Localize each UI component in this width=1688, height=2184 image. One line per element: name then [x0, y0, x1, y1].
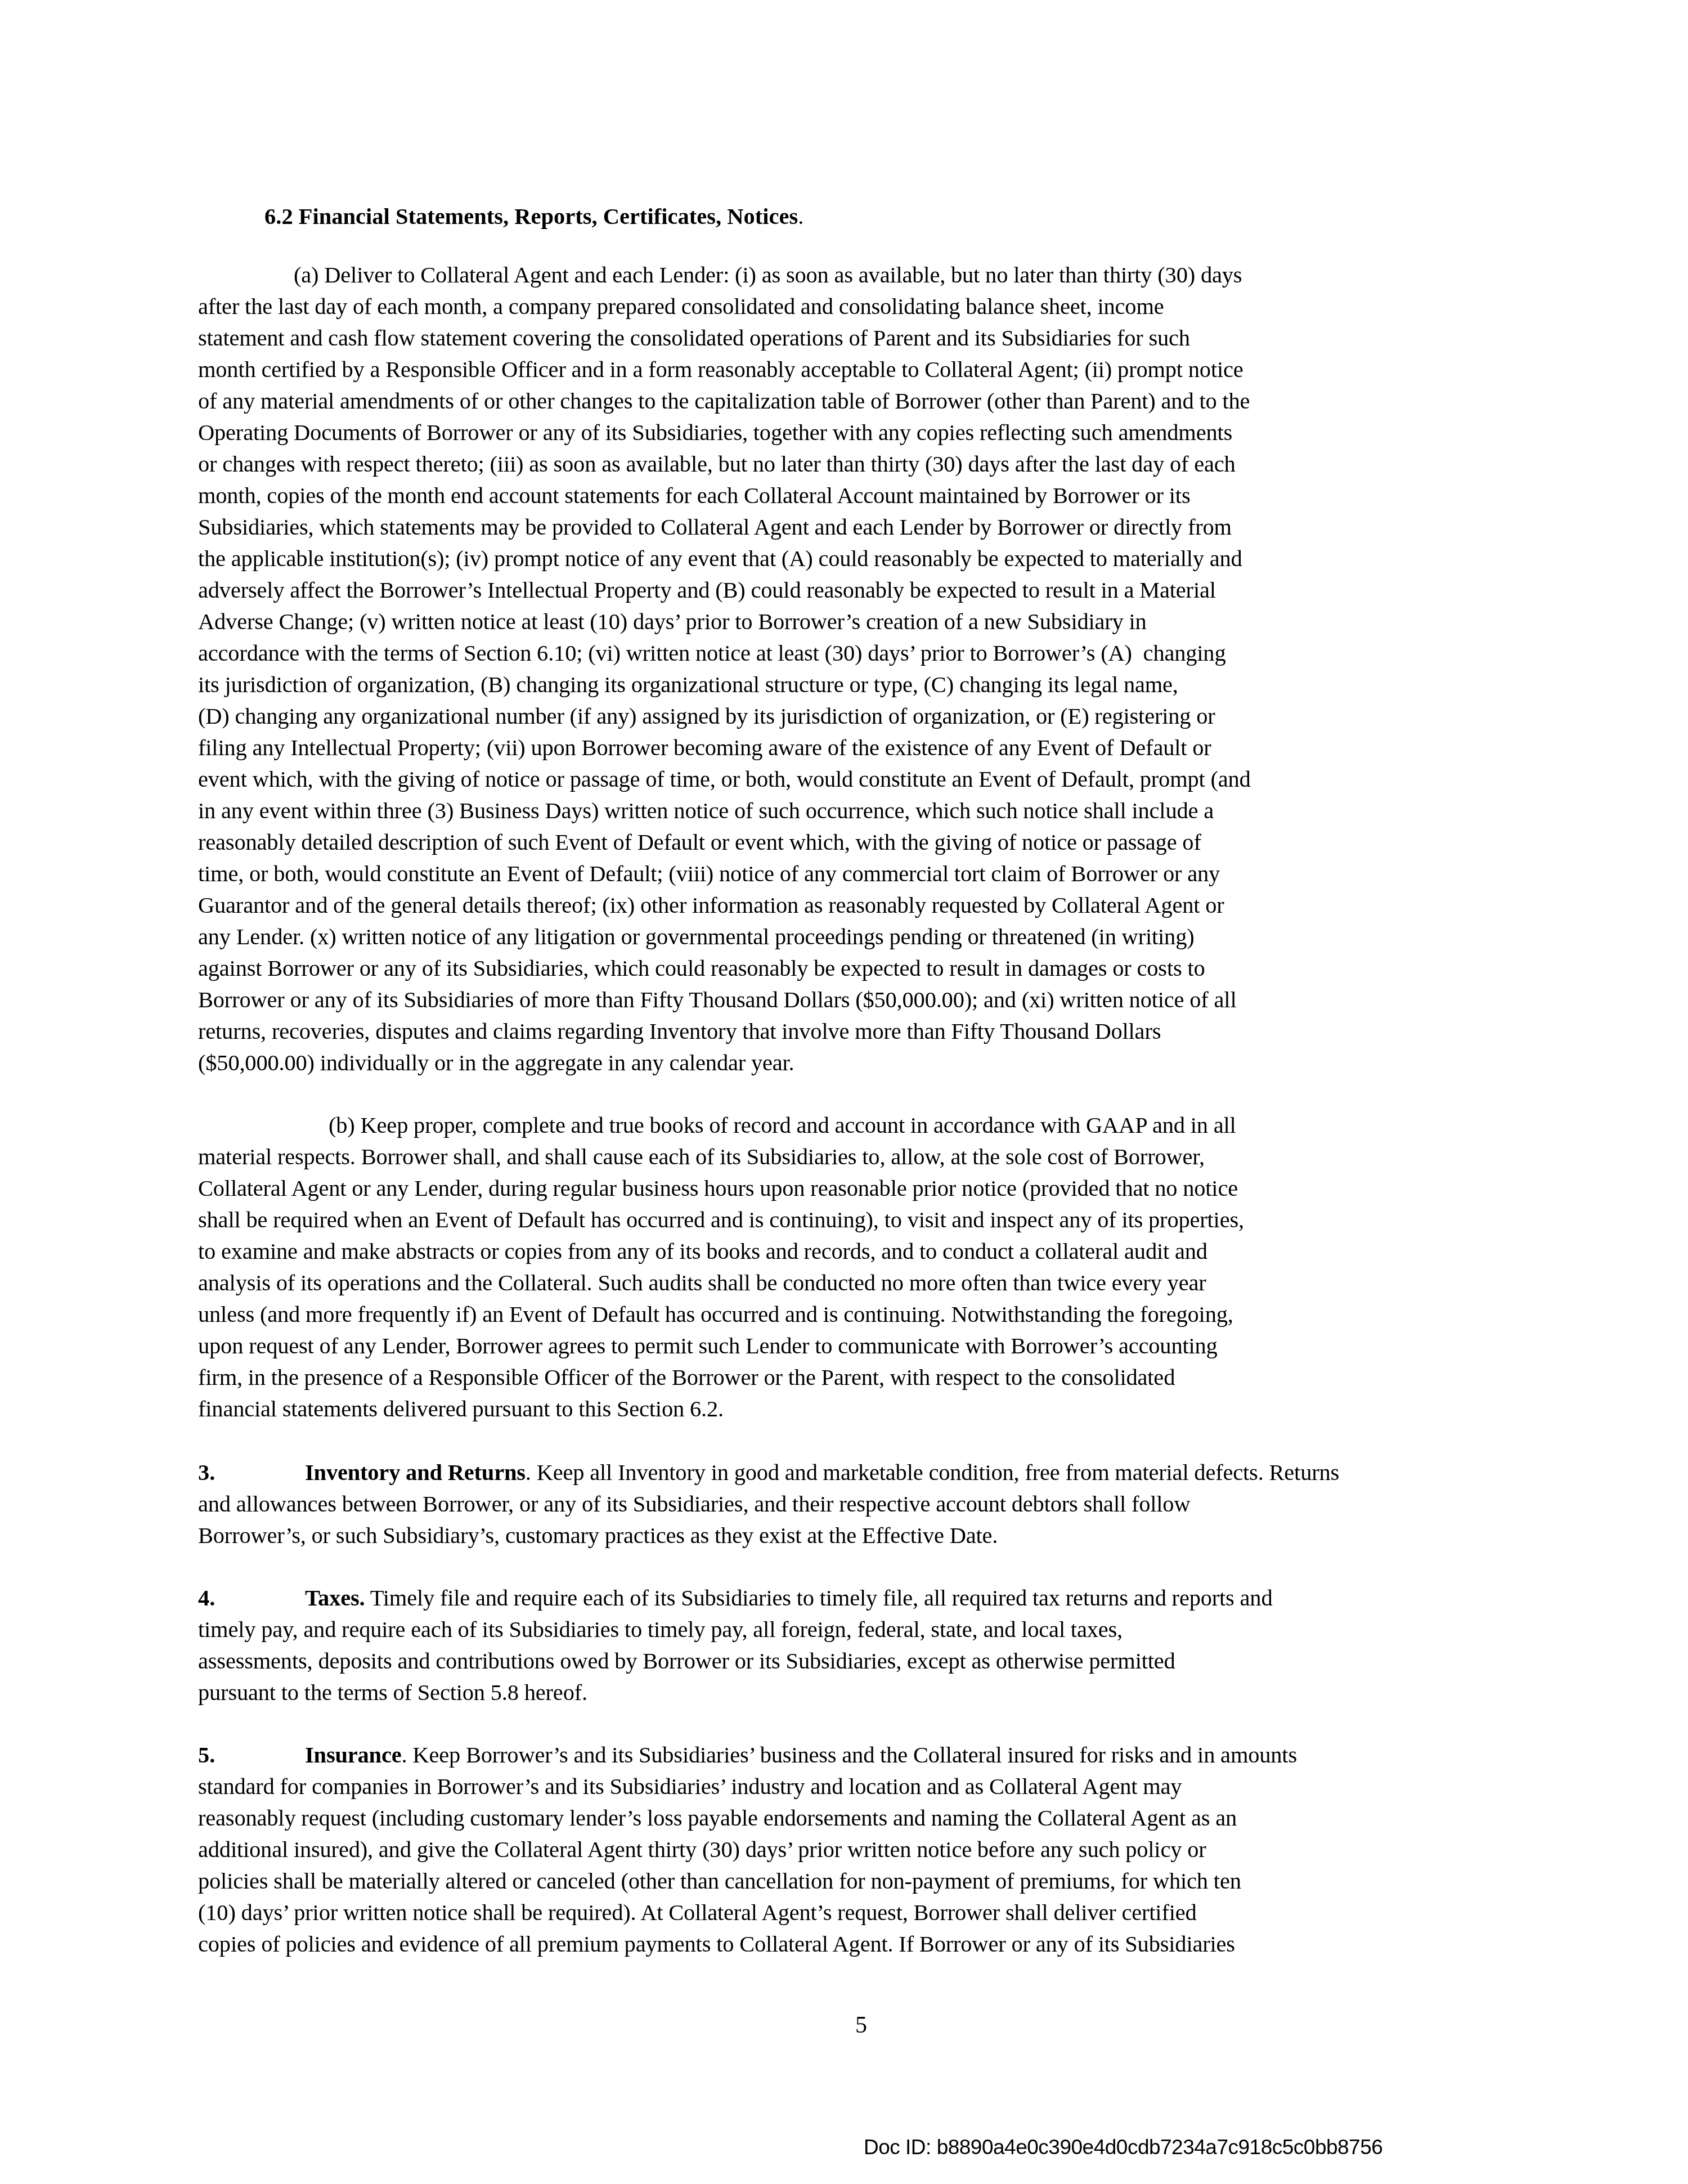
- text-line: against Borrower or any of its Subsidiar…: [198, 953, 1205, 984]
- text-line: shall be required when an Event of Defau…: [198, 1204, 1244, 1236]
- text-line: (D) changing any organizational number (…: [198, 701, 1215, 732]
- text-line: timely pay, and require each of its Subs…: [198, 1614, 1123, 1645]
- text-line: standard for companies in Borrower’s and…: [198, 1771, 1182, 1802]
- text-line: Inventory and Returns. Keep all Inventor…: [305, 1457, 1339, 1488]
- text-line: returns, recoveries, disputes and claims…: [198, 1016, 1161, 1047]
- text-line: Adverse Change; (v) written notice at le…: [198, 606, 1147, 638]
- text-line: (b) Keep proper, complete and true books…: [329, 1110, 1236, 1141]
- text-span: . Keep Borrower’s and its Subsidiaries’ …: [401, 1742, 1296, 1768]
- text-line: firm, in the presence of a Responsible O…: [198, 1362, 1175, 1393]
- text-line: unless (and more frequently if) an Event…: [198, 1299, 1233, 1330]
- text-line: copies of policies and evidence of all p…: [198, 1929, 1235, 1960]
- text-line: pursuant to the terms of Section 5.8 her…: [198, 1677, 587, 1708]
- text-line: adversely affect the Borrower’s Intellec…: [198, 575, 1216, 606]
- text-line: its jurisdiction of organization, (B) ch…: [198, 669, 1178, 701]
- text-span: Timely file and require each of its Subs…: [365, 1585, 1272, 1611]
- text-line: analysis of its operations and the Colla…: [198, 1267, 1206, 1299]
- text-line: Collateral Agent or any Lender, during r…: [198, 1173, 1238, 1204]
- section-number: 3.: [198, 1457, 215, 1488]
- section-number: 4.: [198, 1582, 215, 1614]
- text-line: material respects. Borrower shall, and s…: [198, 1141, 1205, 1173]
- text-line: time, or both, would constitute an Event…: [198, 858, 1220, 890]
- section-heading-6-2: 6.2 Financial Statements, Reports, Certi…: [264, 201, 803, 232]
- section-title: Taxes.: [305, 1585, 365, 1611]
- text-line: Subsidiaries, which statements may be pr…: [198, 512, 1232, 543]
- text-line: the applicable institution(s); (iv) prom…: [198, 543, 1242, 575]
- text-line: (a) Deliver to Collateral Agent and each…: [294, 259, 1242, 291]
- text-line: to examine and make abstracts or copies …: [198, 1236, 1207, 1267]
- text-line: Borrower or any of its Subsidiaries of m…: [198, 984, 1236, 1016]
- text-line: and allowances between Borrower, or any …: [198, 1488, 1190, 1520]
- text-line: ($50,000.00) individually or in the aggr…: [198, 1047, 794, 1079]
- text-line: reasonably request (including customary …: [198, 1802, 1237, 1834]
- text-line: Taxes. Timely file and require each of i…: [305, 1582, 1272, 1614]
- text-line: Borrower’s, or such Subsidiary’s, custom…: [198, 1520, 998, 1551]
- text-line: after the last day of each month, a comp…: [198, 291, 1164, 322]
- section-number: 5.: [198, 1739, 215, 1771]
- heading-period: .: [798, 204, 803, 229]
- text-line: event which, with the giving of notice o…: [198, 764, 1251, 795]
- text-line: accordance with the terms of Section 6.1…: [198, 638, 1225, 669]
- text-line: Guarantor and of the general details the…: [198, 890, 1224, 921]
- page-number: 5: [855, 2012, 867, 2039]
- text-line: or changes with respect thereto; (iii) a…: [198, 449, 1236, 480]
- text-line: financial statements delivered pursuant …: [198, 1393, 724, 1425]
- text-line: statement and cash flow statement coveri…: [198, 322, 1190, 354]
- section-title: Inventory and Returns: [305, 1460, 526, 1485]
- text-line: month certified by a Responsible Officer…: [198, 354, 1243, 385]
- text-line: reasonably detailed description of such …: [198, 827, 1201, 858]
- text-line: month, copies of the month end account s…: [198, 480, 1190, 512]
- text-line: upon request of any Lender, Borrower agr…: [198, 1330, 1218, 1362]
- text-line: policies shall be materially altered or …: [198, 1865, 1241, 1897]
- text-line: assessments, deposits and contributions …: [198, 1645, 1175, 1677]
- text-line: any Lender. (x) written notice of any li…: [198, 921, 1194, 953]
- text-line: of any material amendments of or other c…: [198, 385, 1250, 417]
- text-line: filing any Intellectual Property; (vii) …: [198, 732, 1211, 764]
- text-line: (10) days’ prior written notice shall be…: [198, 1897, 1197, 1929]
- document-page: 6.2 Financial Statements, Reports, Certi…: [0, 0, 1688, 2184]
- doc-id: Doc ID: b8890a4e0c390e4d0cdb7234a7c918c5…: [864, 2136, 1382, 2159]
- text-line: in any event within three (3) Business D…: [198, 795, 1214, 827]
- text-line: Operating Documents of Borrower or any o…: [198, 417, 1232, 449]
- text-line: additional insured), and give the Collat…: [198, 1834, 1206, 1865]
- heading-text: 6.2 Financial Statements, Reports, Certi…: [264, 204, 798, 229]
- text-line: Insurance. Keep Borrower’s and its Subsi…: [305, 1739, 1297, 1771]
- text-span: . Keep all Inventory in good and marketa…: [526, 1460, 1339, 1485]
- section-title: Insurance: [305, 1742, 401, 1768]
